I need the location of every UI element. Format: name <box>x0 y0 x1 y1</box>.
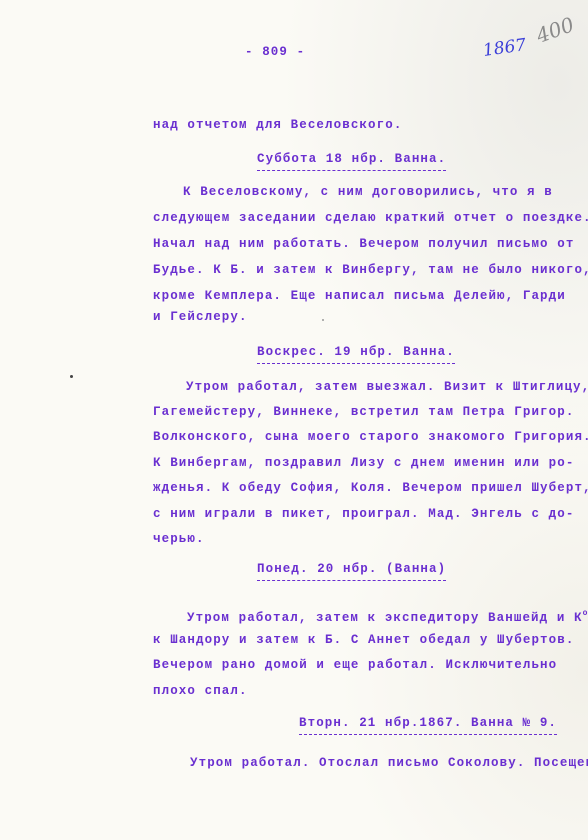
text-line: Вечером рано домой и еще работал. Исключ… <box>153 658 557 672</box>
entry-heading-monday: Понед. 20 нбр. (Ванна) <box>257 562 446 581</box>
text-line: черью. <box>153 532 205 546</box>
text-line: и Гейслеру. <box>153 310 248 324</box>
text-segment: Утром работал, затем к экспедитору Ванше… <box>187 611 583 625</box>
continuation-line: над отчетом для Веселовского. <box>153 118 402 132</box>
text-line: Утром работал. Отослал письмо Соколову. … <box>190 756 588 770</box>
text-line: Начал над ним работать. Вечером получил … <box>153 237 574 251</box>
text-line: К Винбергам, поздравил Лизу с днем имени… <box>153 456 574 470</box>
text-line: с ним играли в пикет, проиграл. Мад. Энг… <box>153 507 574 521</box>
text-line: кроме Кемплера. Еще написал письма Делей… <box>153 289 566 303</box>
entry-heading-tuesday: Вторн. 21 нбр.1867. Ванна № 9. <box>299 716 557 735</box>
document-page: - 809 - 1867 400 над отчетом для Веселов… <box>0 0 588 840</box>
pencil-folio-number: 400 <box>533 12 577 48</box>
paper-speck <box>70 375 73 378</box>
text-line: к Шандору и затем к Б. С Аннет обедал у … <box>153 633 574 647</box>
paper-speck <box>322 319 324 321</box>
entry-heading-sunday: Воскрес. 19 нбр. Ванна. <box>257 345 455 364</box>
text-line: Волконского, сына моего старого знакомог… <box>153 430 588 444</box>
text-line: Будье. К Б. и затем к Винбергу, там не б… <box>153 263 588 277</box>
text-line: жденья. К обеду София, Коля. Вечером при… <box>153 481 588 495</box>
handwritten-year: 1867 <box>482 35 528 61</box>
text-line: Утром работал, затем к экспедитору Ванше… <box>187 607 588 625</box>
entry-heading-saturday: Суббота 18 нбр. Ванна. <box>257 152 446 171</box>
page-number: - 809 - <box>245 45 305 59</box>
text-line: следующем заседании сделаю краткий отчет… <box>153 211 588 225</box>
text-line: плохо спал. <box>153 684 248 698</box>
superscript: о <box>583 609 588 618</box>
text-line: К Веселовскому, с ним договорились, что … <box>183 185 553 199</box>
text-line: Утром работал, затем выезжал. Визит к Шт… <box>186 380 588 394</box>
text-line: Гагемейстеру, Виннеке, встретил там Петр… <box>153 405 574 419</box>
